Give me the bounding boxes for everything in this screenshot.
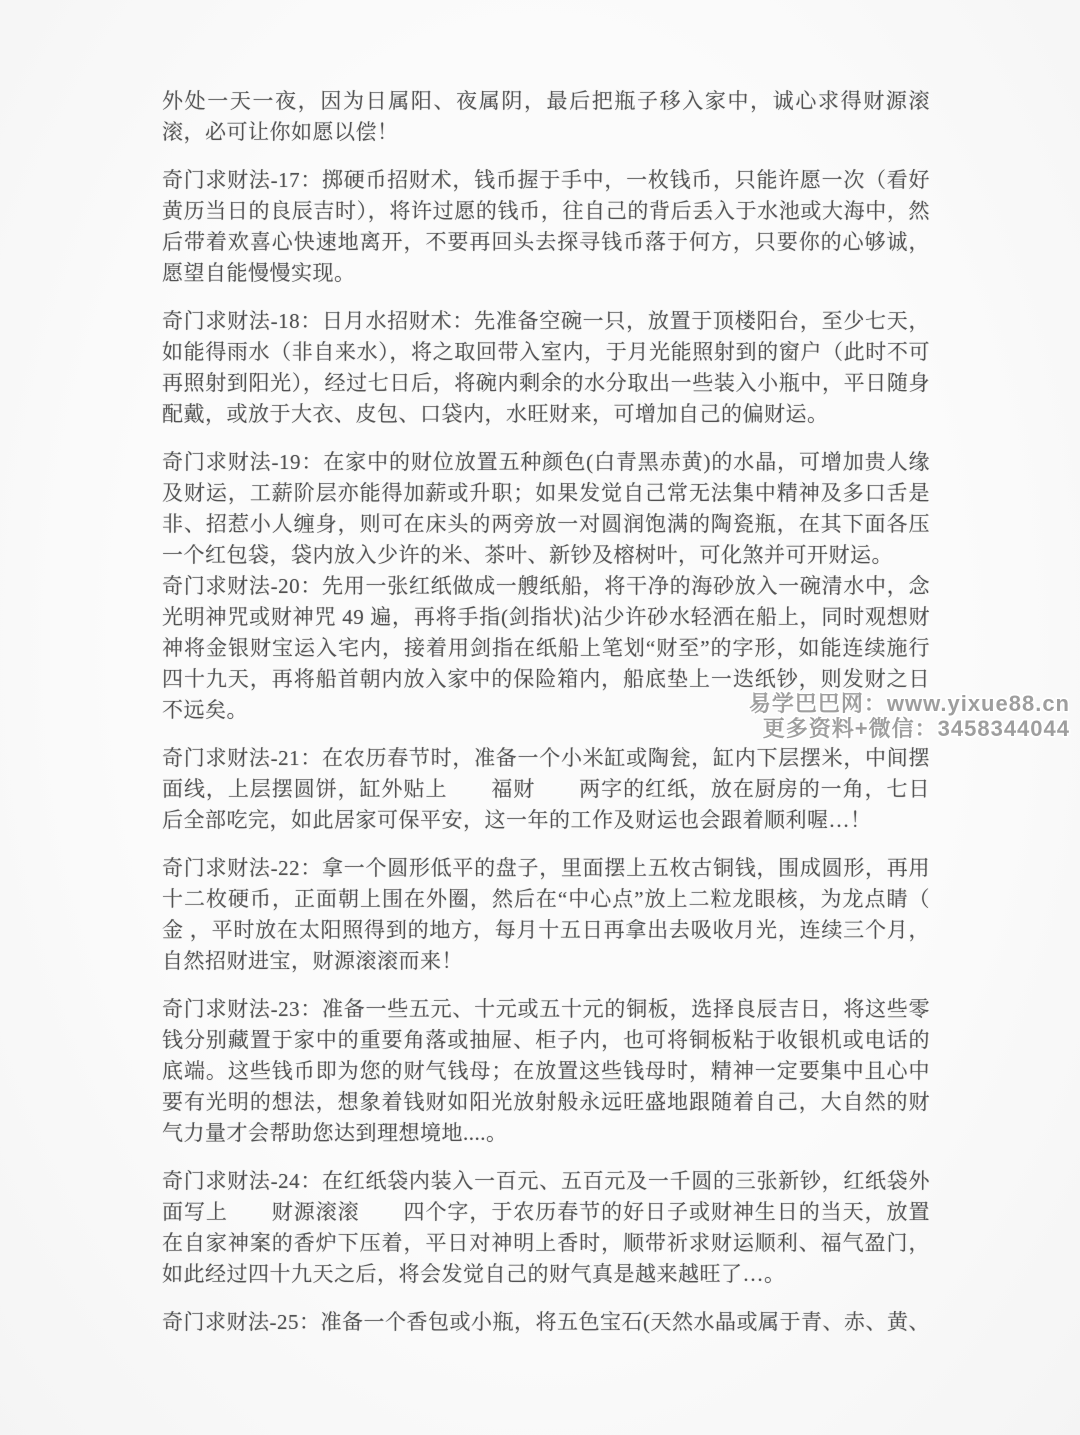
paragraph: 奇门求财法-21：在农历春节时，准备一个小米缸或陶瓮，缸内下层摆米，中间摆面线，… bbox=[162, 743, 930, 836]
watermark: 易学巴巴网：www.yixue88.cn 更多资料+微信：3458344044 bbox=[749, 691, 1070, 741]
page: { "page": { "background": "#fbfbfb", "te… bbox=[0, 0, 1080, 1435]
paragraph: 奇门求财法-19：在家中的财位放置五种颜色(白青黑赤黄)的水晶，可增加贵人缘及财… bbox=[162, 447, 930, 571]
paragraph: 奇门求财法-17：掷硬币招财术，钱币握于手中，一枚钱币，只能许愿一次（看好黄历当… bbox=[162, 165, 930, 289]
paragraph: 奇门求财法-23：准备一些五元、十元或五十元的铜板，选择良辰吉日，将这些零钱分别… bbox=[162, 994, 930, 1149]
watermark-line1: 易学巴巴网：www.yixue88.cn bbox=[749, 691, 1070, 716]
paragraph: 奇门求财法-25：准备一个香包或小瓶，将五色宝石(天然水晶或属于青、赤、黄、 bbox=[162, 1307, 930, 1338]
paragraph: 奇门求财法-24：在红纸袋内装入一百元、五百元及一千圆的三张新钞，红纸袋外面写上… bbox=[162, 1166, 930, 1290]
paragraph: 奇门求财法-18：日月水招财术：先准备空碗一只，放置于顶楼阳台，至少七天，如能得… bbox=[162, 306, 930, 430]
paragraph: 奇门求财法-22：拿一个圆形低平的盘子，里面摆上五枚古铜钱，围成圆形，再用十二枚… bbox=[162, 853, 930, 977]
paragraph: 外处一天一夜，因为日属阳、夜属阴，最后把瓶子移入家中，诚心求得财源滚滚，必可让你… bbox=[162, 86, 930, 148]
watermark-line2: 更多资料+微信：3458344044 bbox=[749, 716, 1070, 741]
